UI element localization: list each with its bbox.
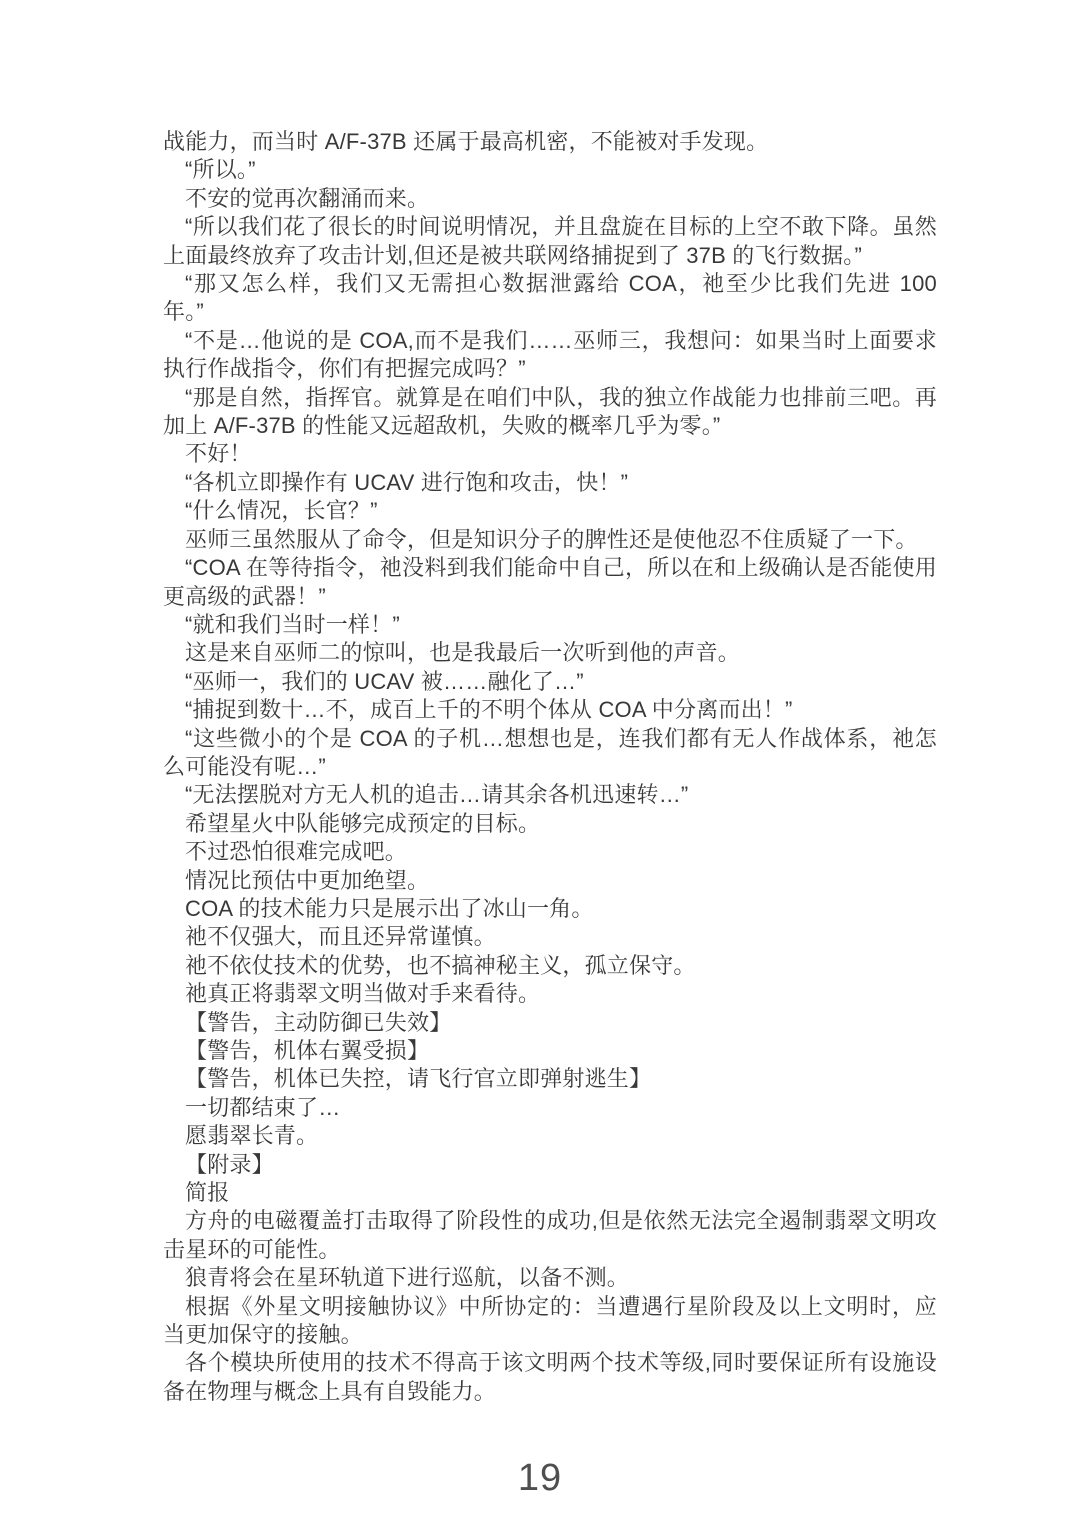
paragraph: COA 的技术能力只是展示出了冰山一角。 bbox=[163, 895, 937, 923]
paragraph: “就和我们当时一样！” bbox=[163, 611, 937, 639]
paragraph: 不过恐怕很难完成吧。 bbox=[163, 838, 937, 866]
paragraph: 不安的觉再次翻涌而来。 bbox=[163, 185, 937, 213]
paragraph: 祂不依仗技术的优势，也不搞神秘主义，孤立保守。 bbox=[163, 952, 937, 980]
paragraph: “无法摆脱对方无人机的追击…请其余各机迅速转…” bbox=[163, 781, 937, 809]
paragraph: 【附录】 bbox=[163, 1151, 937, 1179]
paragraph: 情况比预估中更加绝望。 bbox=[163, 867, 937, 895]
paragraph: “那又怎么样，我们又无需担心数据泄露给 COA，祂至少比我们先进 100 年。” bbox=[163, 270, 937, 327]
paragraph: 祂真正将翡翠文明当做对手来看待。 bbox=[163, 980, 937, 1008]
paragraph: “巫师一，我们的 UCAV 被……融化了…” bbox=[163, 668, 937, 696]
paragraph: 各个模块所使用的技术不得高于该文明两个技术等级,同时要保证所有设施设备在物理与概… bbox=[163, 1349, 937, 1406]
paragraph: 根据《外星文明接触协议》中所协定的：当遭遇行星阶段及以上文明时，应当更加保守的接… bbox=[163, 1293, 937, 1350]
paragraph: “所以我们花了很长的时间说明情况，并且盘旋在目标的上空不敢下降。虽然上面最终放弃… bbox=[163, 213, 937, 270]
paragraph: 一切都结束了… bbox=[163, 1094, 937, 1122]
paragraph: 【警告，主动防御已失效】 bbox=[163, 1009, 937, 1037]
paragraph: 简报 bbox=[163, 1179, 937, 1207]
paragraph: “COA 在等待指令，祂没料到我们能命中自己，所以在和上级确认是否能使用更高级的… bbox=[163, 554, 937, 611]
page-text: 战能力，而当时 A/F-37B 还属于最高机密，不能被对手发现。“所以。”不安的… bbox=[163, 128, 937, 1406]
paragraph: 【警告，机体已失控，请飞行官立即弹射逃生】 bbox=[163, 1065, 937, 1093]
paragraph: “捕捉到数十…不，成百上千的不明个体从 COA 中分离而出！” bbox=[163, 696, 937, 724]
paragraph: 希望星火中队能够完成预定的目标。 bbox=[163, 810, 937, 838]
paragraph: 战能力，而当时 A/F-37B 还属于最高机密，不能被对手发现。 bbox=[163, 128, 937, 156]
paragraph: 狼青将会在星环轨道下进行巡航，以备不测。 bbox=[163, 1264, 937, 1292]
book-page: 战能力，而当时 A/F-37B 还属于最高机密，不能被对手发现。“所以。”不安的… bbox=[0, 0, 1080, 1527]
paragraph: “那是自然，指挥官。就算是在咱们中队，我的独立作战能力也排前三吧。再加上 A/F… bbox=[163, 384, 937, 441]
paragraph: “所以。” bbox=[163, 156, 937, 184]
paragraph: 【警告，机体右翼受损】 bbox=[163, 1037, 937, 1065]
page-number: 19 bbox=[0, 1457, 1080, 1500]
paragraph: 不好！ bbox=[163, 440, 937, 468]
paragraph: “这些微小的个是 COA 的子机…想想也是，连我们都有无人作战体系，祂怎么可能没… bbox=[163, 725, 937, 782]
paragraph: 愿翡翠长青。 bbox=[163, 1122, 937, 1150]
paragraph: “什么情况，长官？” bbox=[163, 497, 937, 525]
paragraph: 巫师三虽然服从了命令，但是知识分子的脾性还是使他忍不住质疑了一下。 bbox=[163, 526, 937, 554]
paragraph: 这是来自巫师二的惊叫，也是我最后一次听到他的声音。 bbox=[163, 639, 937, 667]
paragraph: “各机立即操作有 UCAV 进行饱和攻击，快！” bbox=[163, 469, 937, 497]
paragraph: “不是…他说的是 COA,而不是我们……巫师三，我想问：如果当时上面要求执行作战… bbox=[163, 327, 937, 384]
paragraph: 方舟的电磁覆盖打击取得了阶段性的成功,但是依然无法完全遏制翡翠文明攻击星环的可能… bbox=[163, 1207, 937, 1264]
paragraph: 祂不仅强大，而且还异常谨慎。 bbox=[163, 923, 937, 951]
